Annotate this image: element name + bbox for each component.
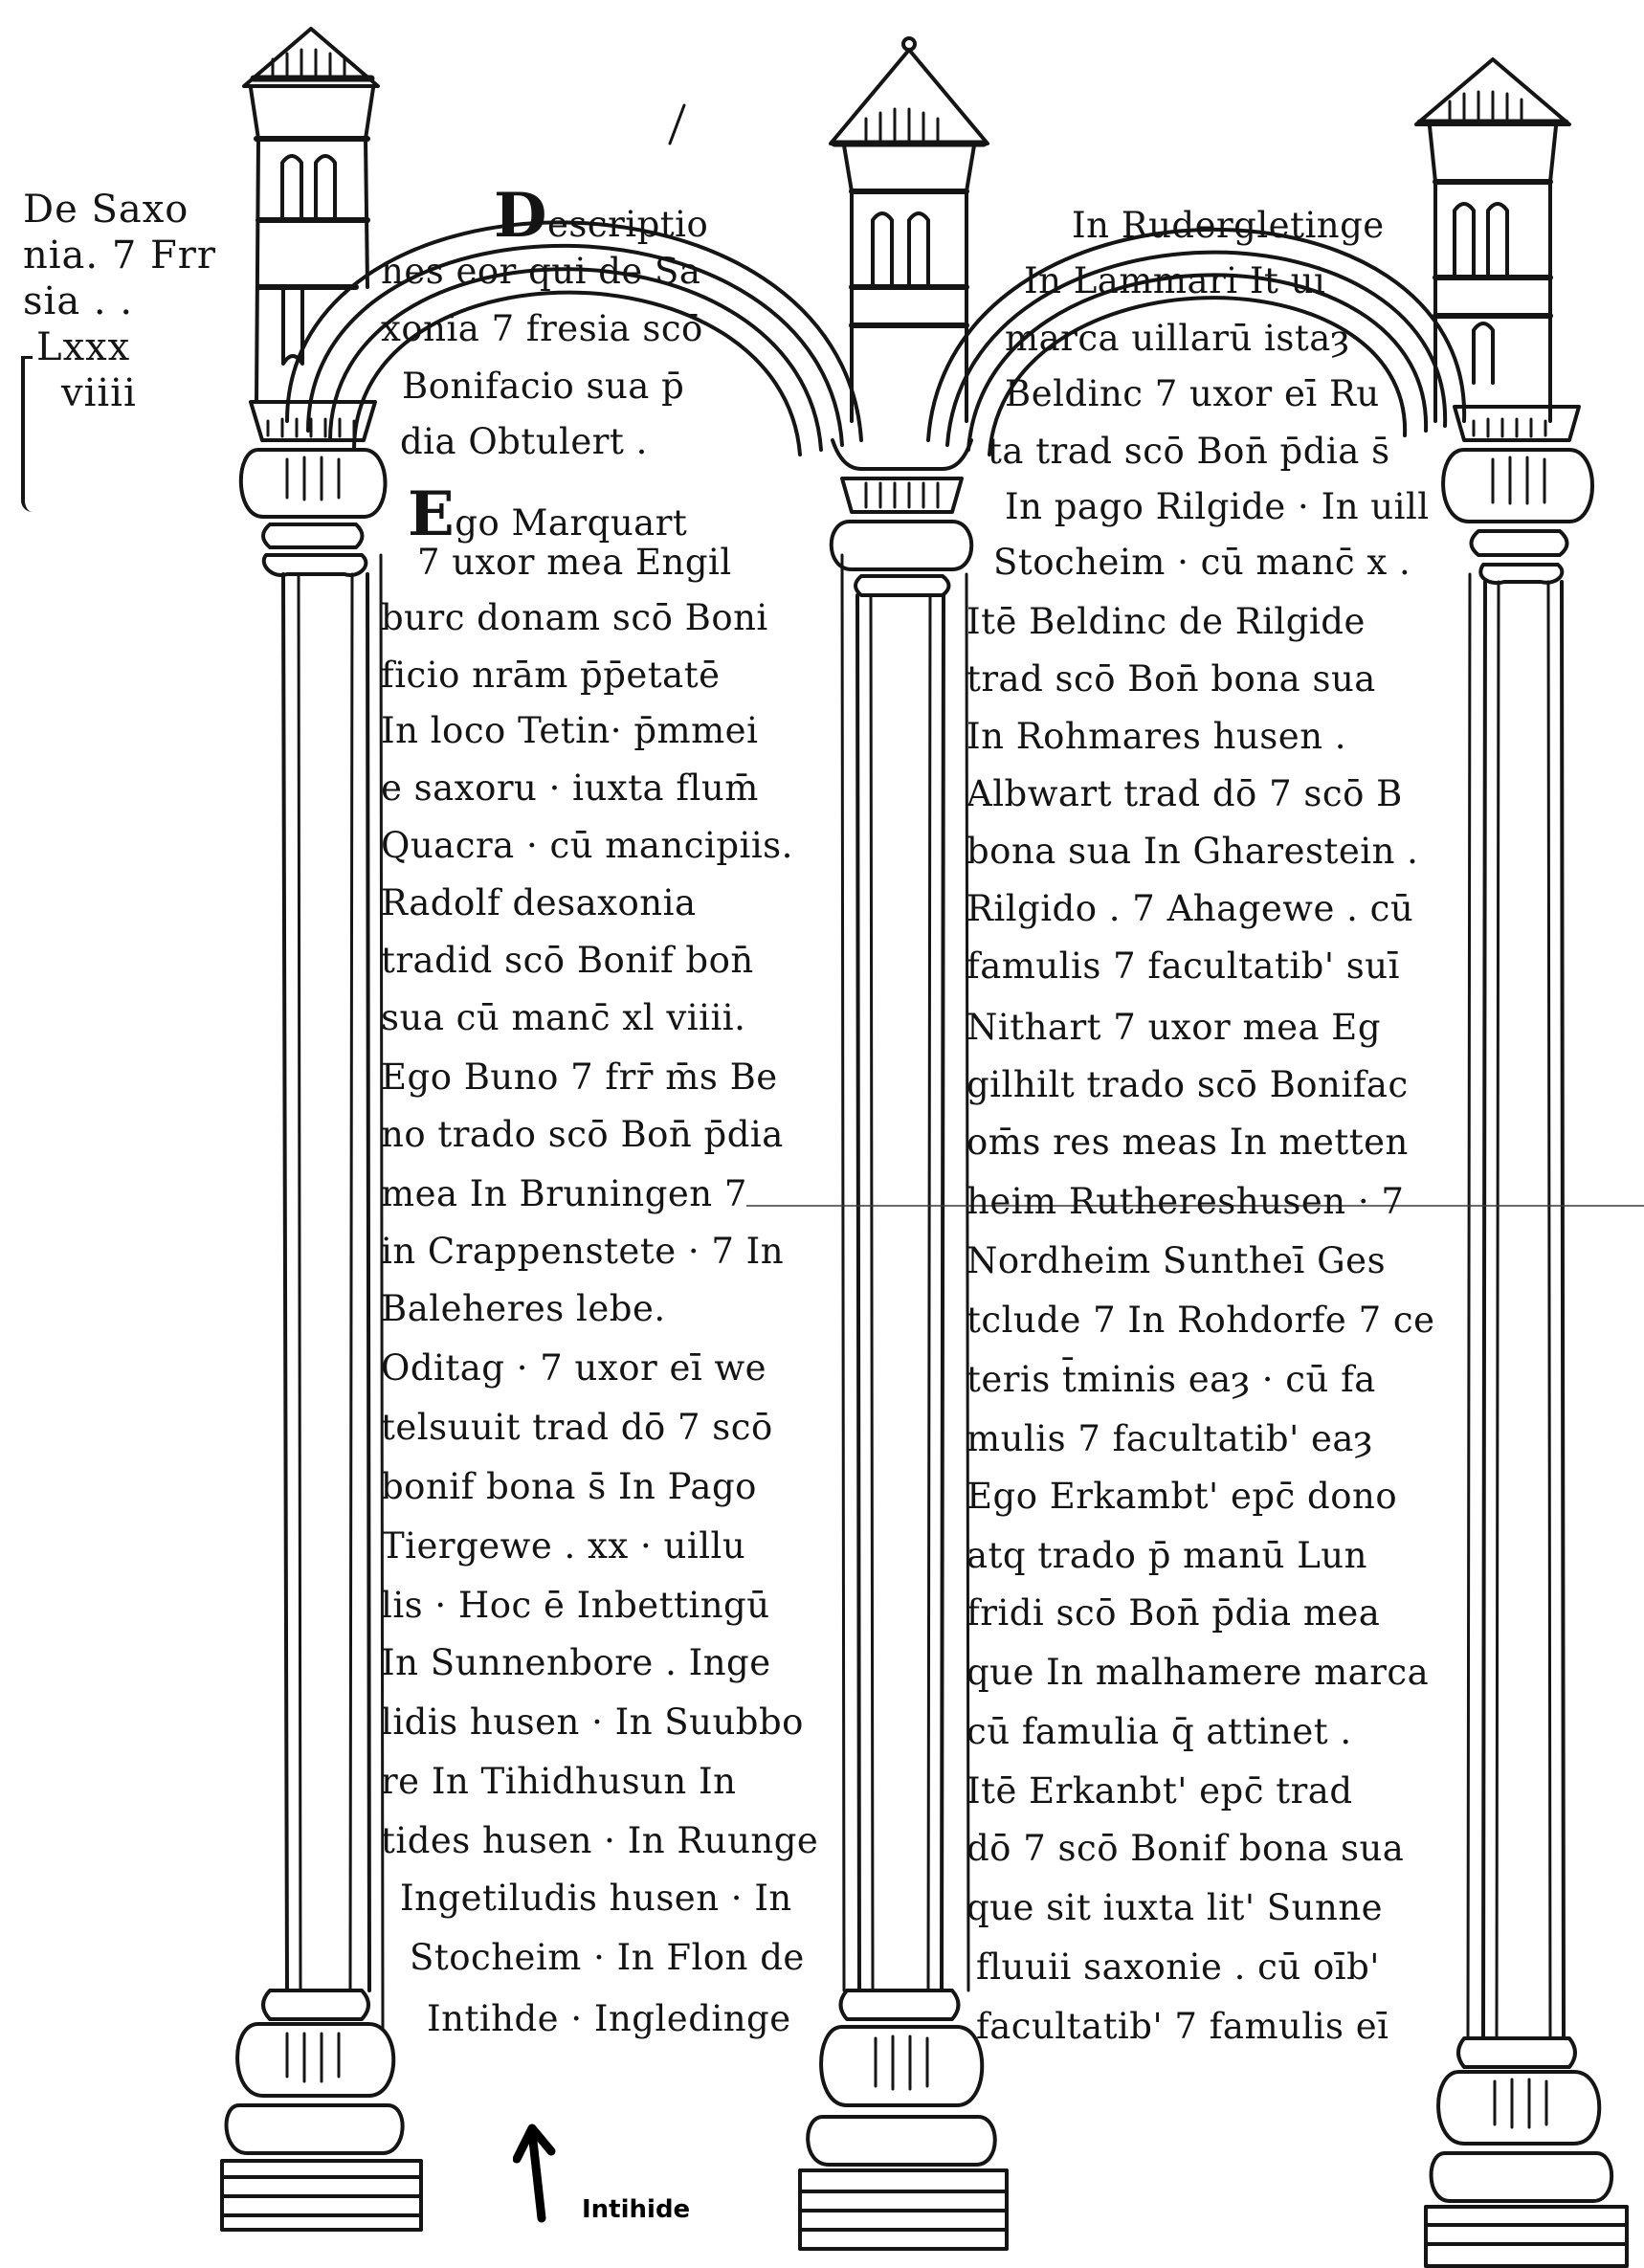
text-line: Quacra · cū mancipiis.: [381, 825, 793, 866]
text-line: e saxoru · iuxta flum̄: [381, 767, 759, 809]
left-capital-icon: [241, 402, 386, 575]
margin-note-line: De Saxo: [23, 187, 216, 233]
text-line: burc donam scō Boni: [381, 597, 768, 638]
text-line: ficio nrām p̄p̄etatē: [381, 655, 721, 696]
text-line: Itē Beldinc de Rilgide: [966, 601, 1366, 642]
text-line: In Sunnenbore . Inge: [381, 1642, 771, 1683]
margin-numeral: Lxxx: [23, 324, 216, 370]
text-line: que sit iuxta lit' Sunne: [966, 1887, 1383, 1928]
text-line: lidis husen · In Suubbo: [381, 1701, 804, 1743]
text-line: bonif bona s̄ In Pago: [381, 1466, 757, 1507]
annotation-label: Intihide: [582, 2195, 690, 2224]
text-line: telsuuit trad dō 7 scō: [381, 1407, 773, 1448]
text-line: nes eor qui de Sa: [381, 251, 700, 292]
left-column-base-icon: [222, 1990, 421, 2230]
text-line: om̄s res meas In metten: [966, 1122, 1409, 1163]
text-line: sua cū manc̄ xl viiii.: [381, 997, 745, 1038]
up-arrow-icon: [513, 2123, 570, 2228]
text-line: Radolf desaxonia: [381, 882, 697, 923]
text-line: famulis 7 facultatib' suī: [966, 945, 1400, 987]
text-line: no trado scō Bon̄ p̄dia: [381, 1114, 784, 1155]
text-line: cū famulia q̄ attinet .: [966, 1711, 1352, 1752]
text-line: Tiergewe . xx · uillu: [381, 1525, 745, 1567]
text-line: In pago Rilgide · In uill: [1005, 486, 1430, 527]
text-line: In Lammari It ui: [1024, 260, 1325, 301]
right-column-shaft-icon: [1483, 582, 1564, 2038]
text-line: mea In Bruningen 7: [381, 1173, 747, 1214]
margin-note: De Saxo nia. 7 Frr sia . . Lxxx viiii: [23, 187, 216, 416]
text-line: dia Obtulert .: [400, 421, 648, 462]
text-line: que In malhamere marca: [966, 1652, 1429, 1693]
text-line: dō 7 scō Bonif bona sua: [966, 1828, 1404, 1869]
manuscript-page: De Saxo nia. 7 Frr sia . . Lxxx viiii De…: [0, 0, 1644, 2268]
text-line: fluuii saxonie . cū oīb': [976, 1946, 1380, 1988]
text-line: Beldinc 7 uxor eī Ru: [1005, 373, 1380, 414]
text-line: Ingetiludis husen · In: [400, 1878, 792, 1919]
text-line: atq trado p̄ manū Lun: [966, 1535, 1367, 1576]
text-line: facultatib' 7 famulis eī: [976, 2006, 1389, 2047]
margin-bracket: [21, 356, 33, 512]
text-line: Baleheres lebe.: [381, 1288, 666, 1329]
text-line: ta trad scō Bon̄ p̄dia s̄: [988, 431, 1390, 472]
margin-note-line: sia . .: [23, 278, 216, 324]
text-line: In loco Tetin· p̄mmei: [381, 710, 758, 751]
text-line: Itē Erkanbt' epc̄ trad: [966, 1770, 1353, 1812]
margin-numeral: viiii: [23, 370, 216, 416]
text-line: Nordheim Suntheī Ges: [966, 1240, 1386, 1281]
text-line: marca uillarū istaȝ: [1005, 318, 1350, 359]
text-line: tclude 7 In Rohdorfe 7 ce: [966, 1300, 1435, 1341]
text-line: Rilgido . 7 Ahagewe . cū: [966, 888, 1413, 929]
text-line: gilhilt trado scō Bonifac: [966, 1064, 1409, 1105]
text-line: fridi scō Bon̄ p̄dia mea: [966, 1592, 1380, 1634]
middle-column-shaft-icon: [857, 595, 944, 1990]
text-line: 7 uxor mea Engil: [417, 542, 732, 583]
text-line: Intihde · Ingledinge: [427, 1998, 791, 2039]
text-line: Oditag · 7 uxor eī we: [381, 1347, 766, 1389]
text-line: tradid scō Bonif bon̄: [381, 940, 754, 981]
text-line: In Rohmares husen .: [966, 716, 1346, 757]
text-line: bona sua In Gharestein .: [966, 831, 1418, 872]
text-line: Nithart 7 uxor mea Eg: [966, 1007, 1381, 1048]
right-tower-icon: [1416, 59, 1569, 421]
middle-capital-icon: [832, 440, 972, 595]
text-line: lis · Hoc ē Inbettingū: [381, 1585, 770, 1626]
right-capital-icon: [1443, 407, 1592, 583]
text-line: xonia 7 fresia scō: [381, 308, 703, 349]
text-line: Bonifacio sua p̄: [402, 366, 684, 407]
text-line: Stocheim · cū manc̄ x .: [993, 542, 1411, 583]
text-line: mulis 7 facultatib' eaȝ: [966, 1418, 1373, 1459]
text-line: Ego Erkambt' epc̄ dono: [966, 1476, 1397, 1517]
left-column-shaft-icon: [283, 574, 369, 1990]
text-line: heim Ruthereshusen · 7: [966, 1181, 1404, 1222]
text-line: Albwart trad dō 7 scō B: [966, 773, 1403, 814]
middle-tower-icon: [831, 38, 988, 421]
text-line: Ego Buno 7 frr̄ m̄s Be: [381, 1056, 778, 1098]
margin-note-line: nia. 7 Frr: [23, 233, 216, 278]
text-line: Descriptio: [494, 180, 708, 252]
text-line: In Rudergletinge: [1072, 205, 1385, 246]
text-line: Ego Marquart: [408, 478, 687, 550]
right-column-base-icon: [1426, 2038, 1627, 2266]
text-line: trad scō Bon̄ bona sua: [966, 658, 1376, 700]
text-line: Stocheim · In Flon de: [410, 1937, 805, 1978]
text-line: teris t̄minis eaȝ · cū fa: [966, 1359, 1376, 1400]
left-tower-icon: [244, 29, 378, 402]
text-line: tides husen · In Ruunge: [381, 1820, 818, 1861]
text-line: in Crappenstete · 7 In: [381, 1231, 784, 1272]
text-line: re In Tihidhusun In: [381, 1761, 736, 1802]
